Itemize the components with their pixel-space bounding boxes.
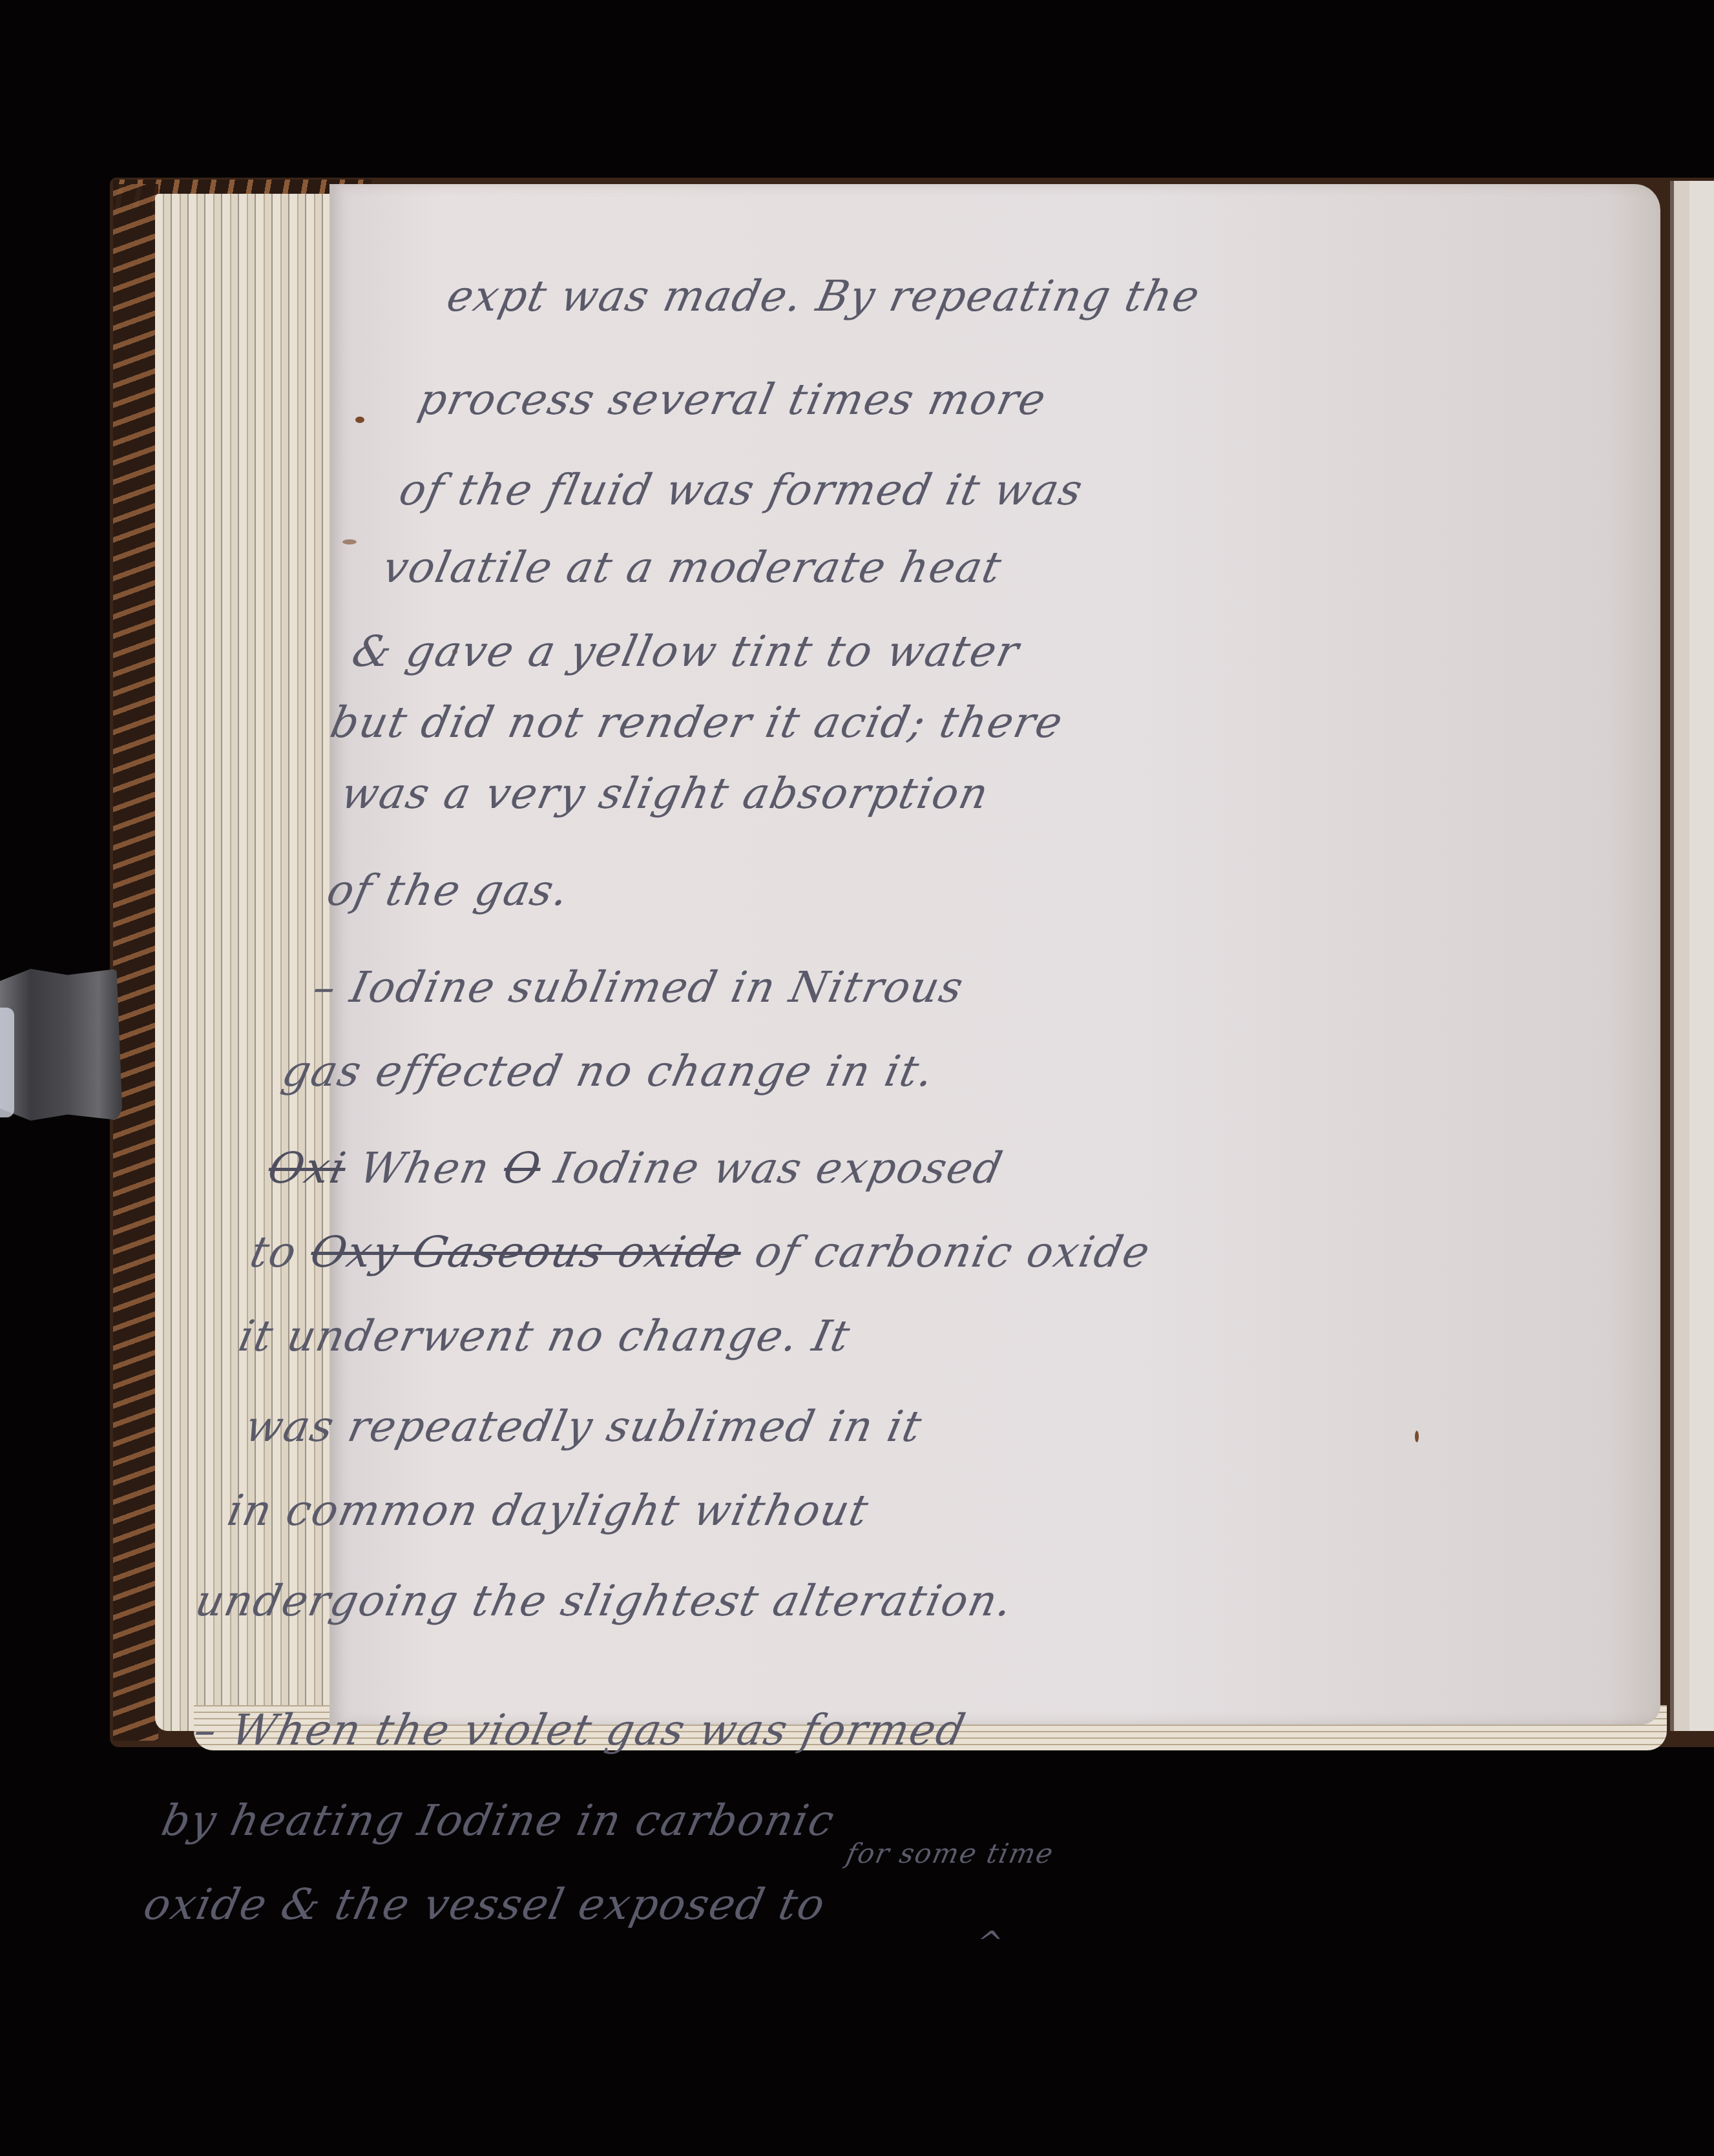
text-line: of the fluid was formed it was	[395, 465, 1088, 515]
text-line: – Iodine sublimed in Nitrous	[309, 962, 968, 1012]
text-line: was repeatedly sublimed in it	[241, 1402, 926, 1451]
text-line: in common daylight without	[224, 1486, 874, 1535]
text-line: oxide & the vessel exposed to	[140, 1880, 830, 1929]
text-line: of the gas.	[323, 866, 574, 915]
interlinear-insertion: for some time	[844, 1838, 1058, 1869]
text-line: Oxi When O Iodine was exposed	[264, 1143, 1008, 1193]
text-line: volatile at a moderate heat	[379, 543, 1007, 592]
text-line: but did not render it acid; there	[326, 698, 1068, 747]
cover-tooled-border-left	[113, 184, 158, 1741]
metal-clasp	[0, 969, 123, 1121]
deleted-text: O	[499, 1143, 546, 1193]
deleted-text: Oxy Gaseous oxide	[306, 1227, 746, 1277]
text-line: expt was made. By repeating the	[443, 271, 1205, 321]
text-line: – When the violet gas was formed	[189, 1705, 970, 1755]
text-line: & gave a yellow tint to water	[348, 627, 1024, 676]
text-line: was a very slight absorption	[337, 769, 994, 818]
deleted-text: Oxi	[264, 1143, 351, 1193]
foxing-spot	[1415, 1431, 1419, 1442]
text-line: process several times more	[414, 375, 1051, 424]
text-line: undergoing the slightest alteration.	[191, 1576, 1018, 1626]
text-line: to Oxy Gaseous oxide of carbonic oxide	[246, 1227, 1156, 1277]
foxing-spot	[342, 539, 357, 544]
text-line: it underwent no change. It	[235, 1311, 855, 1361]
text-line: gas effected no change in it.	[278, 1046, 939, 1096]
facing-page-edge	[1670, 181, 1714, 1731]
clasp-highlight	[0, 1008, 14, 1117]
text-line: by heating Iodine in carbonic	[157, 1796, 839, 1845]
insertion-caret: ^	[972, 1925, 1007, 1961]
foxing-spot	[355, 417, 364, 423]
